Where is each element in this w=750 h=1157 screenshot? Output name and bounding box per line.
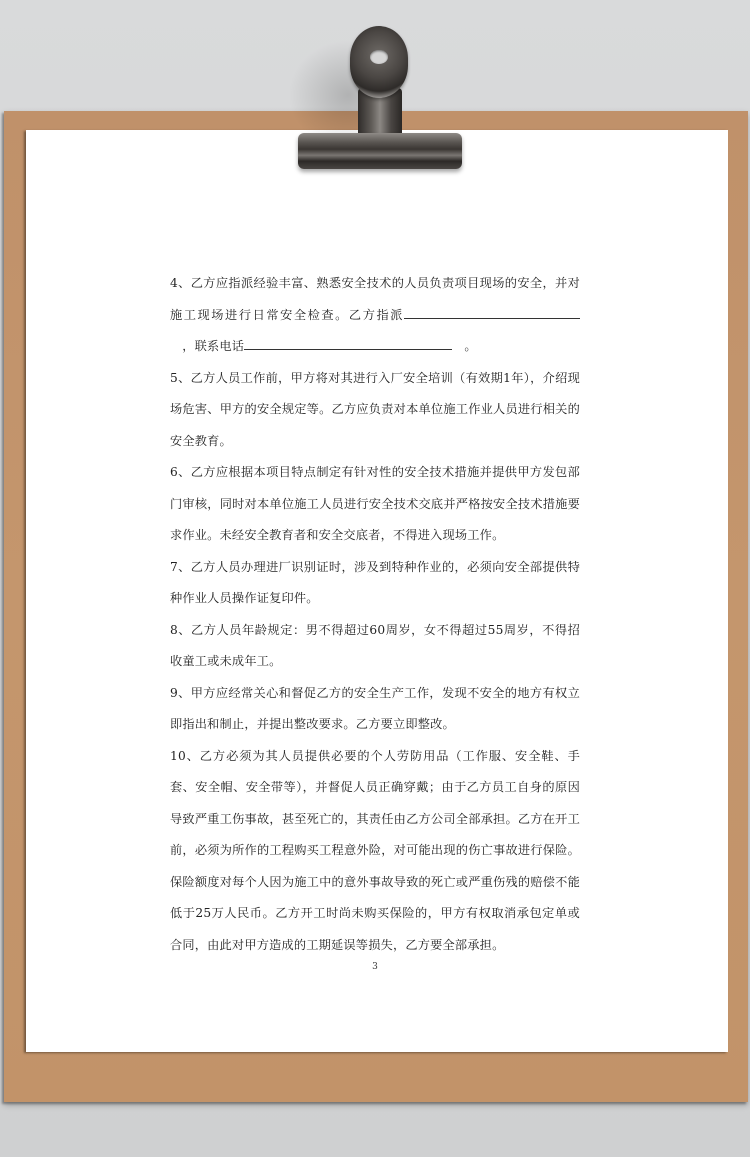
- paragraph-item-8: 8、乙方人员年龄规定：男不得超过60周岁，女不得超过55周岁，不得招收童工或未成…: [170, 615, 580, 678]
- document-body: 4、乙方应指派经验丰富、熟悉安全技术的人员负责项目现场的安全，并对施工现场进行日…: [170, 268, 580, 961]
- paragraph-item-10: 10、乙方必须为其人员提供必要的个人劳防用品（工作服、安全鞋、手套、安全帽、安全…: [170, 741, 580, 962]
- paragraph-item-5: 5、乙方人员工作前，甲方将对其进行入厂安全培训（有效期1年），介绍现场危害、甲方…: [170, 363, 580, 458]
- binder-clip-icon: [280, 20, 480, 175]
- item-4-end: 。: [464, 339, 476, 353]
- assigned-person-blank: [404, 304, 580, 319]
- paragraph-item-7: 7、乙方人员办理进厂识别证时，涉及到特种作业的，必须向安全部提供特种作业人员操作…: [170, 552, 580, 615]
- clip-base: [298, 133, 462, 169]
- phone-blank: [244, 335, 452, 350]
- paragraph-item-9: 9、甲方应经常关心和督促乙方的安全生产工作，发现不安全的地方有权立即指出和制止，…: [170, 678, 580, 741]
- page-number: 3: [0, 962, 750, 972]
- paragraph-item-6: 6、乙方应根据本项目特点制定有针对性的安全技术措施并提供甲方发包部门审核，同时对…: [170, 457, 580, 552]
- clip-hole: [370, 50, 388, 64]
- paragraph-item-4: 4、乙方应指派经验丰富、熟悉安全技术的人员负责项目现场的安全，并对施工现场进行日…: [170, 268, 580, 363]
- item-4-phone-label: ，联系电话: [182, 339, 244, 353]
